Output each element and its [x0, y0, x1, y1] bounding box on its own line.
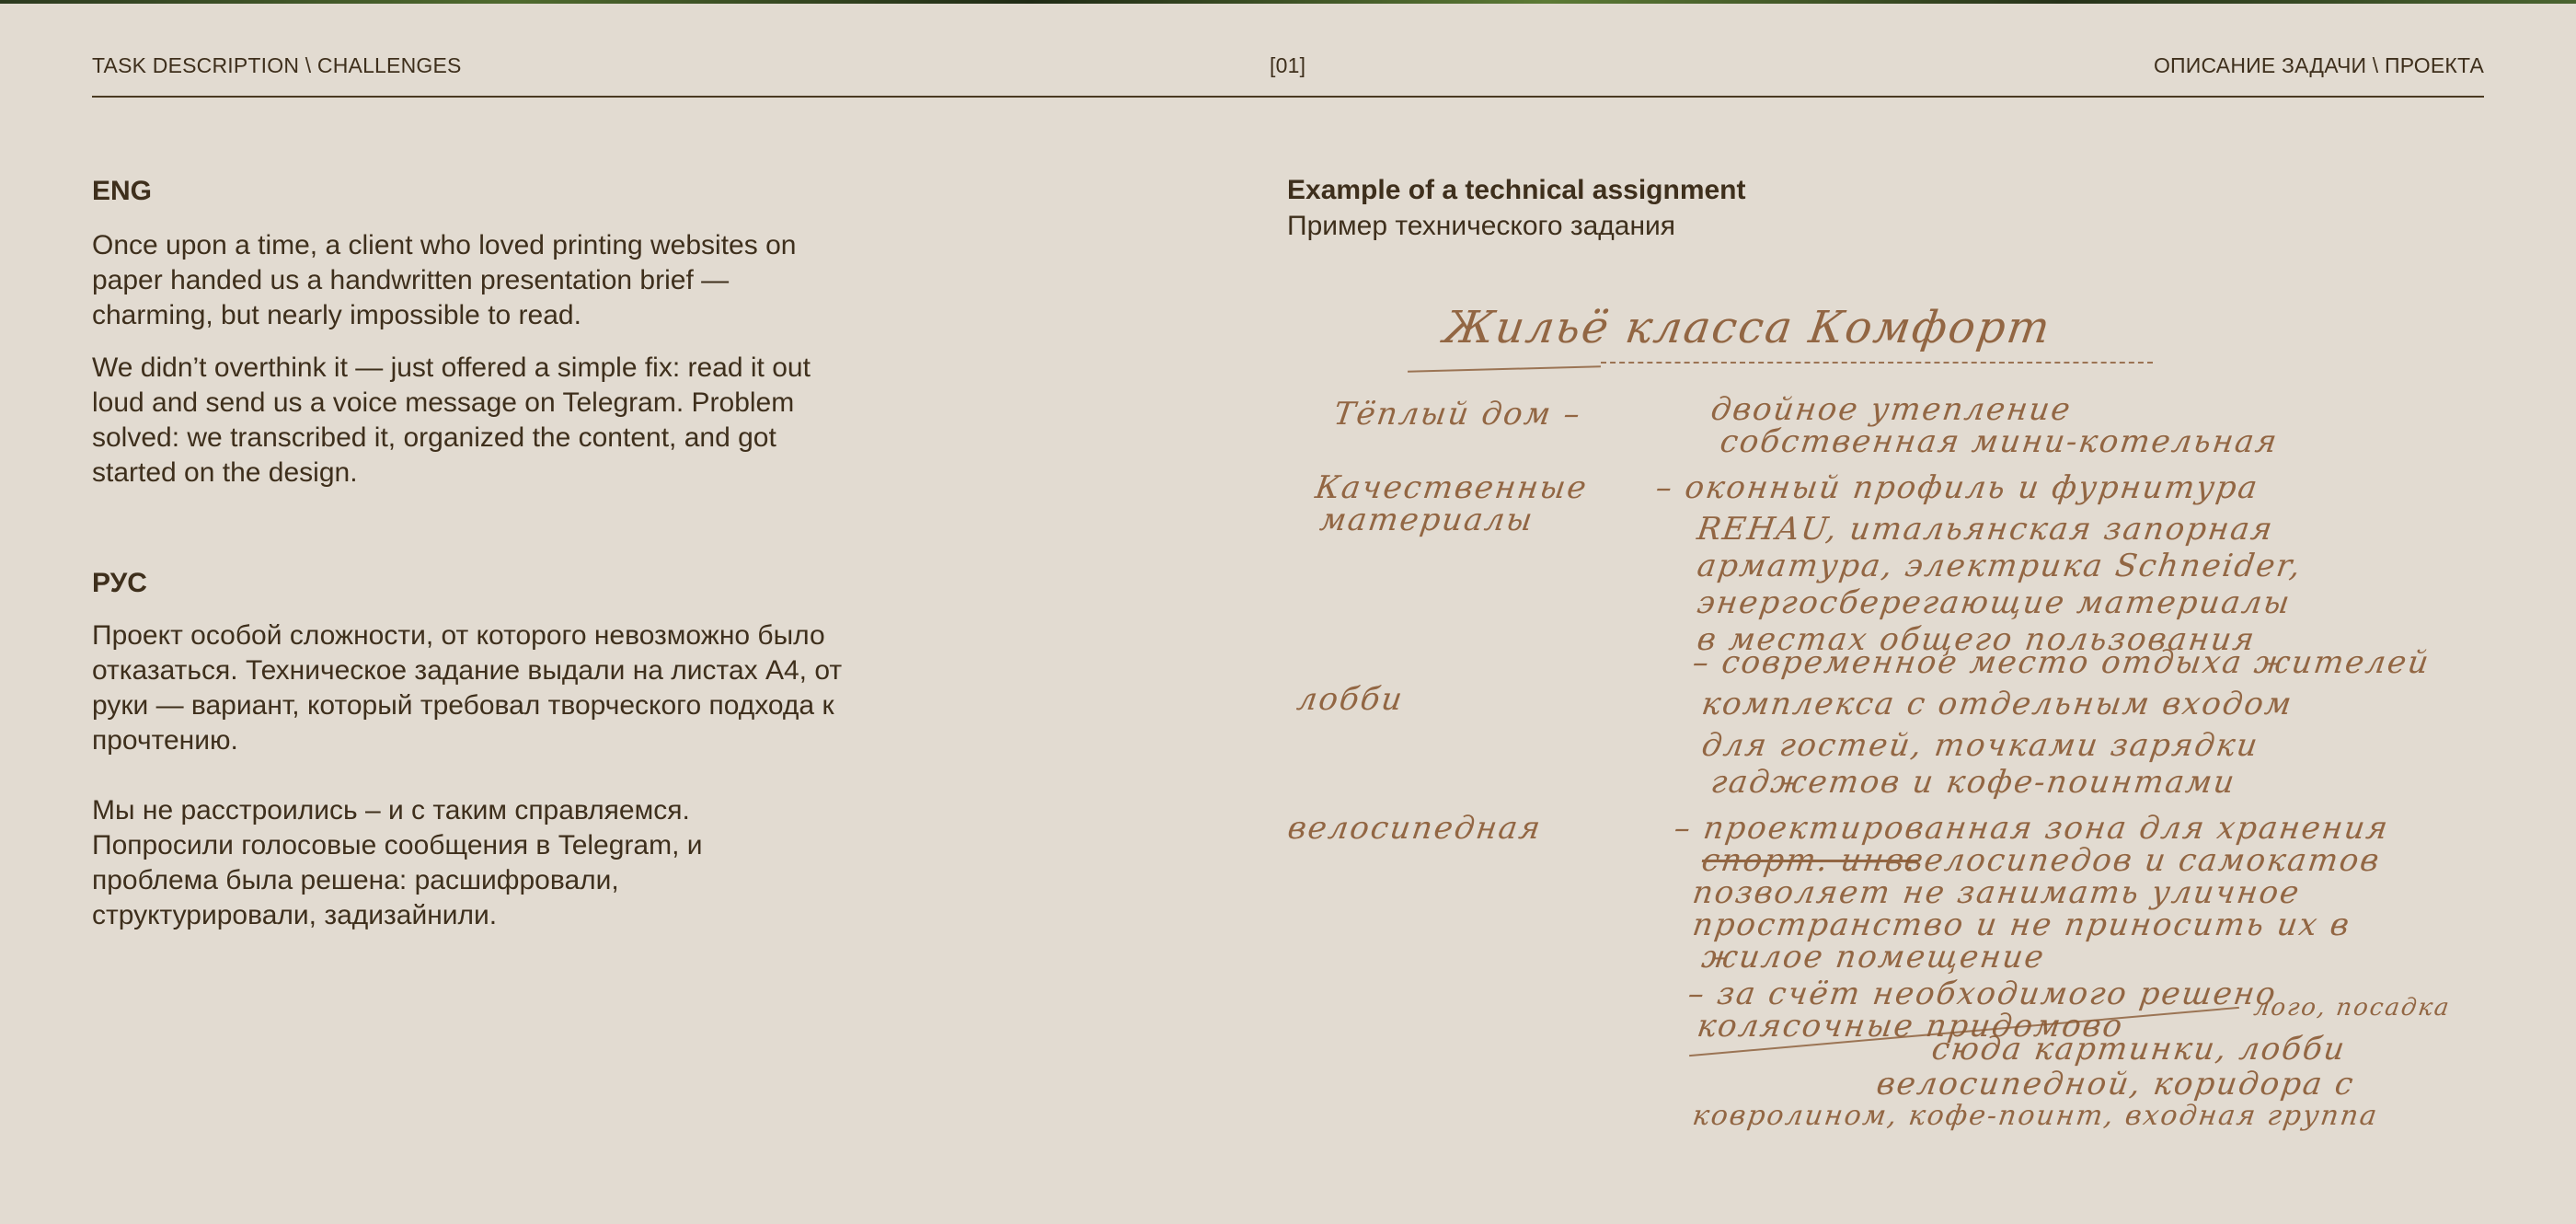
rus-text: Проект особой сложности, от которого нев… [92, 618, 883, 933]
hw-line: – современное место отдыха жителей [1690, 644, 2432, 681]
hw-line: лого, посадка [2252, 994, 2453, 1022]
hw-line: – проектированная зона для хранения [1672, 810, 2391, 847]
rus-paragraph-2: Мы не расстроились – и с таким справляем… [92, 793, 773, 933]
hw-line: двойное утепление [1708, 391, 2074, 428]
hw-line: арматура, электрика Schneider, [1695, 548, 2304, 584]
hw-title: Жильё класса Комфорт [1441, 302, 2054, 353]
hw-line: позволяет не занимать уличное [1690, 874, 2303, 911]
hw-line: жилое помещение [1699, 939, 2047, 976]
hw-line: Качественные [1313, 469, 1590, 506]
hw-line: Тёплый дом – [1331, 396, 1583, 433]
top-photo-strip [0, 0, 2576, 4]
page-header: TASK DESCRIPTION \ CHALLENGES [01] ОПИСА… [92, 53, 2484, 98]
example-subtitle: Пример технического задания [1287, 211, 1675, 242]
header-section-title-ru: ОПИСАНИЕ ЗАДАЧИ \ ПРОЕКТА [2154, 53, 2484, 78]
header-section-title-en: TASK DESCRIPTION \ CHALLENGES [92, 53, 462, 78]
hw-line: гаджетов и кофе-поинтами [1708, 764, 2238, 801]
hw-line: велосипедной, коридора с [1874, 1066, 2357, 1103]
hw-line: собственная мини-котельная [1718, 423, 2281, 460]
hw-line: REHAU, итальянская запорная [1695, 511, 2276, 548]
hw-line: ковролином, кофе-поинт, входная группа [1691, 1100, 2381, 1132]
page-number: [01] [1270, 53, 1305, 78]
hw-line: – оконный профиль и фурнитура [1653, 469, 2261, 506]
hw-line: комплекса с отдельным входом [1699, 686, 2295, 722]
hw-line-struck: спорт. инв. [1699, 842, 1920, 879]
eng-text: Once upon a time, a client who loved pri… [92, 228, 883, 491]
example-title: Example of a technical assignment [1287, 175, 1746, 206]
hw-line: лобби [1294, 681, 1406, 718]
hw-line: сюда картинки, лобби [1929, 1031, 2348, 1068]
hw-line: – за счёт необходимого решено [1685, 976, 2279, 1012]
hw-underline [1408, 365, 1601, 372]
hw-line: для гостей, точками зарядки [1699, 727, 2261, 764]
hw-line: велосипедов и самокатов [1902, 842, 2383, 879]
hw-underline-dashed [1601, 362, 2153, 364]
rus-label: РУС [92, 568, 147, 599]
eng-label: ENG [92, 176, 152, 207]
handwritten-brief-image: Жильё класса Комфорт Тёплый дом – двойно… [1270, 276, 2502, 1150]
eng-paragraph-2: We didn’t overthink it — just offered a … [92, 351, 846, 491]
rus-paragraph-1: Проект особой сложности, от которого нев… [92, 618, 865, 758]
hw-line: пространство и не приносить их в [1690, 906, 2352, 943]
hw-line: велосипедная [1285, 810, 1544, 847]
eng-paragraph-1: Once upon a time, a client who loved pri… [92, 228, 856, 333]
hw-line: энергосберегающие материалы [1695, 584, 2294, 621]
hw-line: материалы [1317, 502, 1536, 538]
